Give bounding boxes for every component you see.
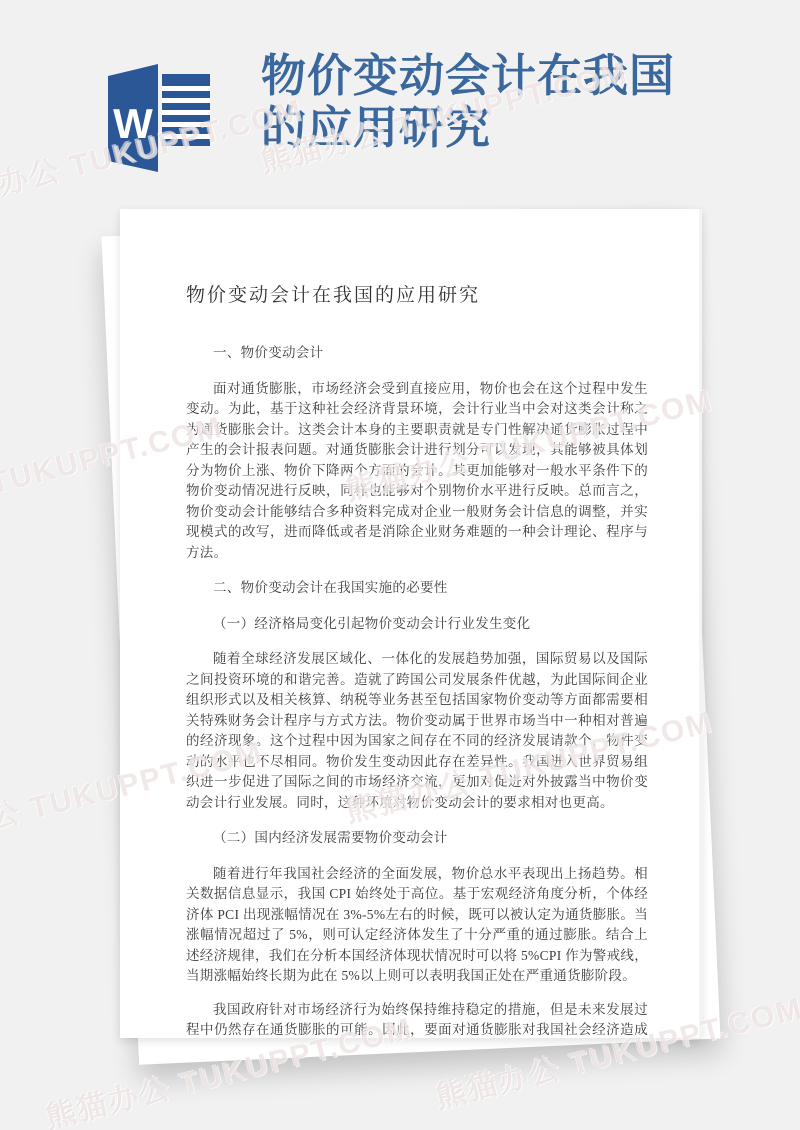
- word-document-icon: W: [106, 62, 214, 174]
- section-heading: 二、物价变动会计在我国实施的必要性: [186, 578, 648, 599]
- document-page: 物价变动会计在我国的应用研究 一、物价变动会计 面对通货膨胀，市场经济会受到直接…: [120, 209, 702, 1038]
- paragraph: 我国政府针对市场经济行为始终保持维持稳定的措施，但是未来发展过程中仍然存在通货膨…: [186, 1000, 648, 1039]
- word-icon-svg: W: [106, 62, 214, 174]
- document-body: 一、物价变动会计 面对通货膨胀，市场经济会受到直接应用，物价也会在这个过程中发生…: [186, 343, 648, 1038]
- svg-text:W: W: [113, 100, 153, 147]
- section-heading: 一、物价变动会计: [186, 343, 648, 364]
- page-title: 物价变动会计在我国的应用研究: [261, 50, 717, 154]
- section-heading: （二）国内经济发展需要物价变动会计: [186, 828, 648, 849]
- section-heading: （一）经济格局变化引起物价变动会计行业发生变化: [186, 614, 648, 635]
- paragraph: 面对通货膨胀，市场经济会受到直接应用，物价也会在这个过程中发生变动。为此，基于这…: [186, 379, 648, 564]
- preview-canvas: W 物价变动会计在我国的应用研究 物价变动会计在我国的应用研究 一、物价变动会计…: [0, 0, 800, 1130]
- paragraph: 随着进行年我国社会经济的全面发展，物价总水平表现出上扬趋势。相关数据信息显示，我…: [186, 864, 648, 987]
- paragraph: 随着全球经济发展区域化、一体化的发展趋势加强，国际贸易以及国际之间投资环境的和谐…: [186, 649, 648, 813]
- document-title: 物价变动会计在我国的应用研究: [186, 283, 648, 309]
